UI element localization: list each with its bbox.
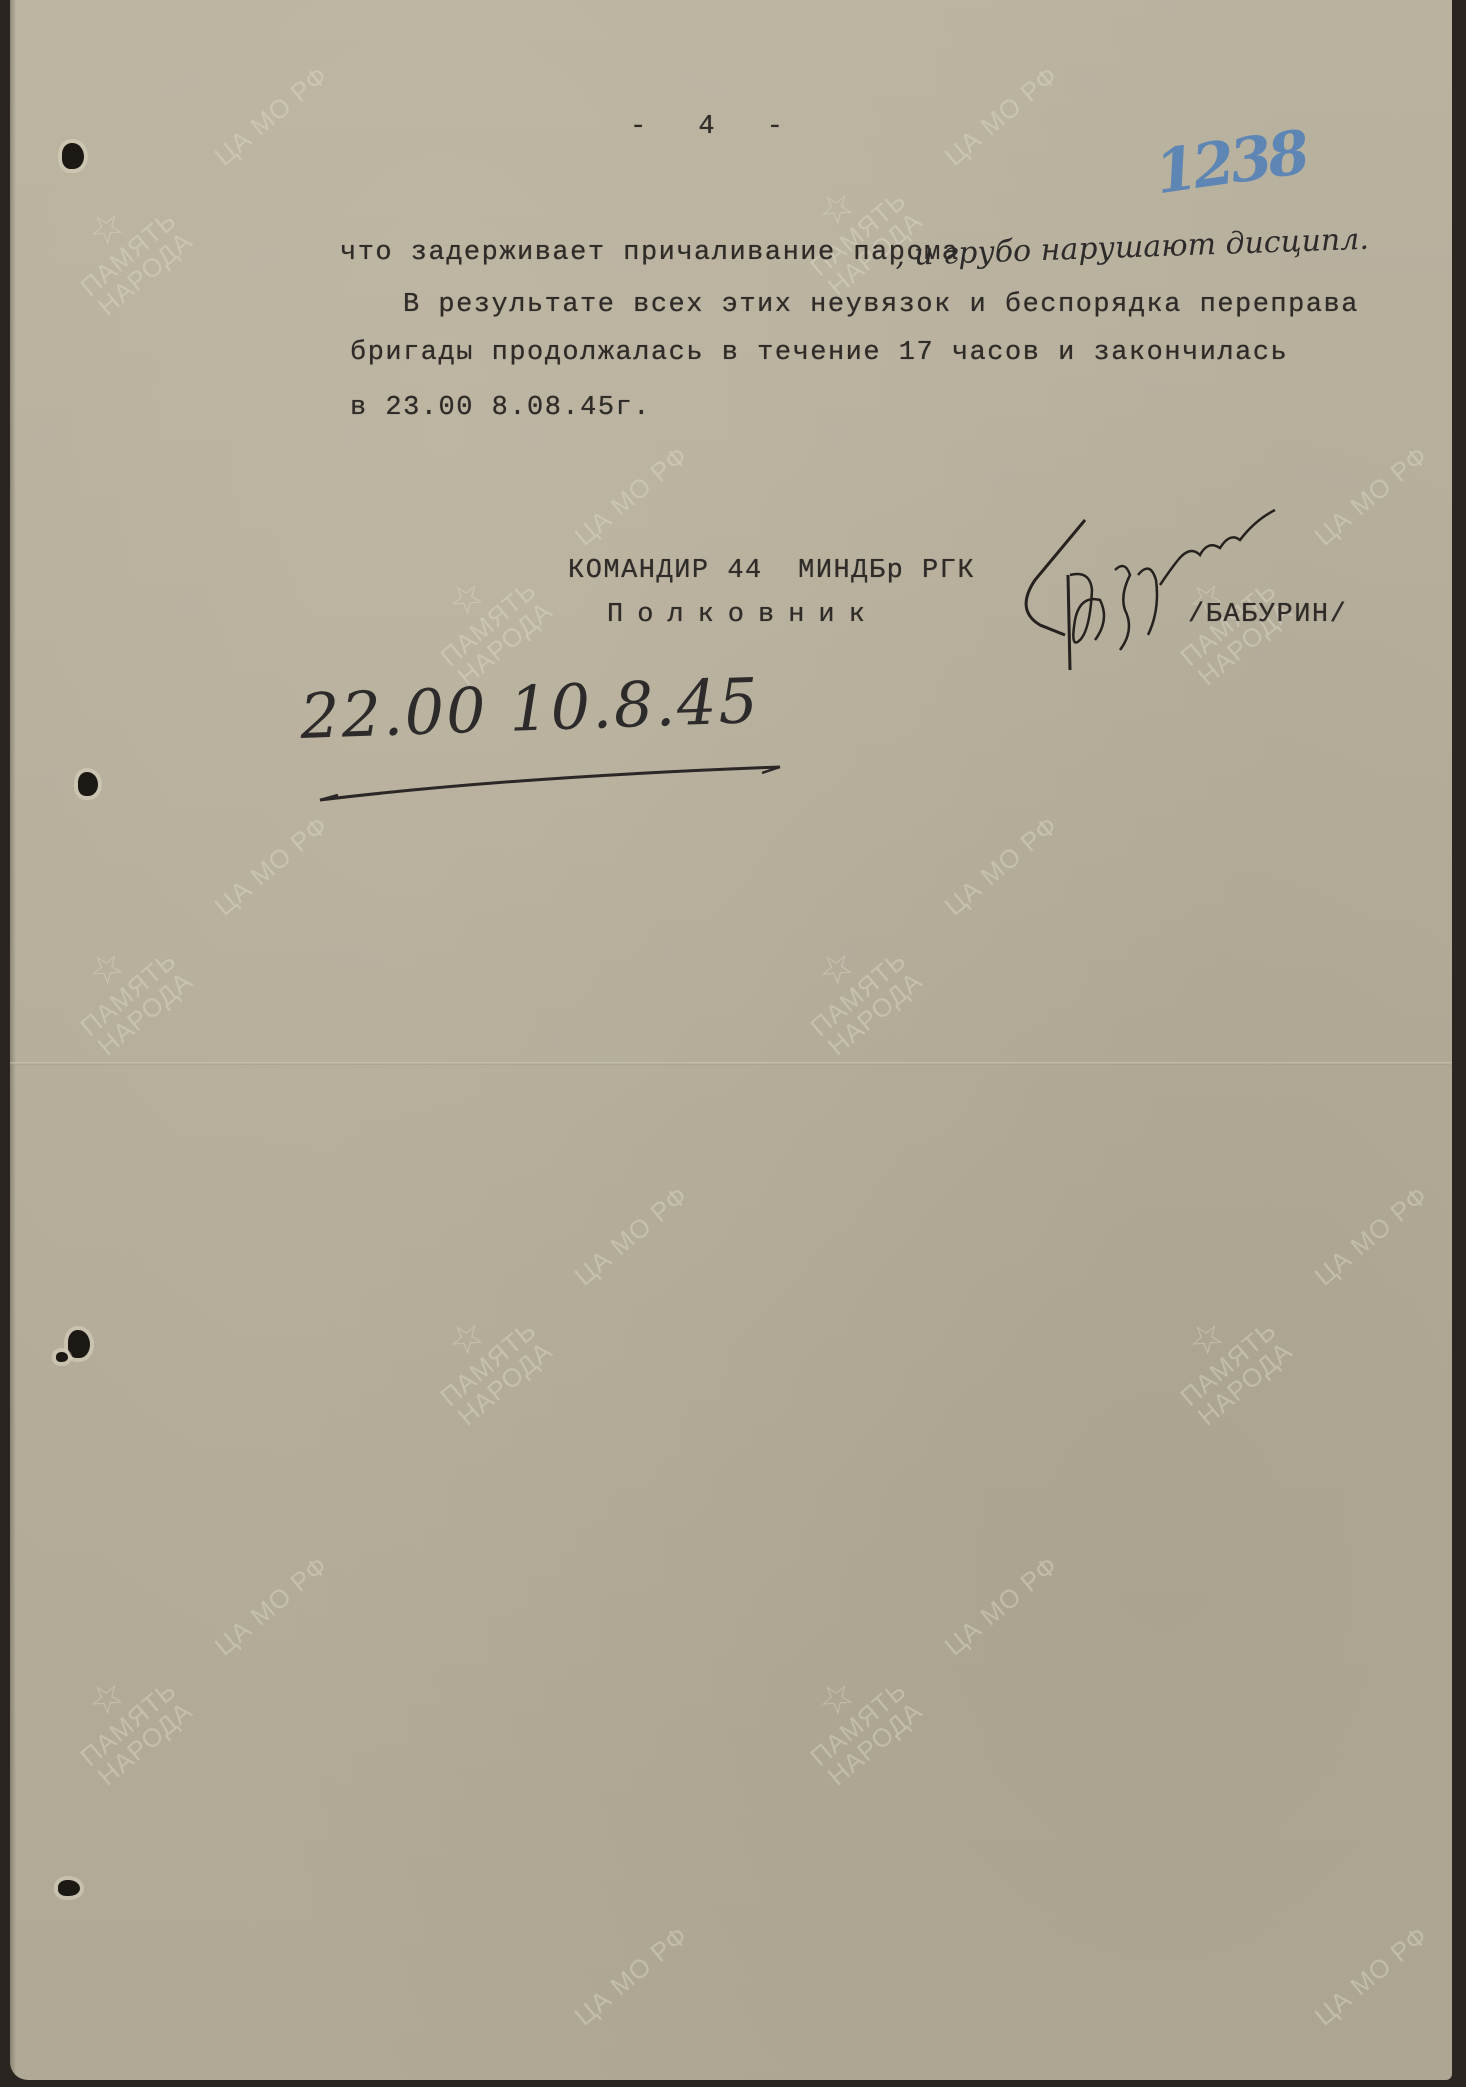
archive-folio-number: 1238: [1151, 118, 1310, 208]
paragraph-line-2: В результате всех этих неувязок и беспор…: [403, 290, 1359, 320]
paragraph-line-4: в 23.00 8.08.45г.: [350, 393, 651, 423]
punch-hole: [58, 1880, 80, 1896]
watermark-archive: ЦА МО РФ: [570, 441, 692, 549]
punch-hole: [56, 1352, 68, 1362]
watermark-archive: ЦА МО РФ: [570, 1181, 692, 1289]
watermark-pamyat-naroda: ☆ПАМЯТЬНАРОДА: [410, 1286, 558, 1431]
watermark-pamyat-naroda: ☆ПАМЯТЬНАРОДА: [50, 916, 198, 1061]
watermark-archive: ЦА МО РФ: [210, 61, 332, 169]
watermark-archive: ЦА МО РФ: [570, 1921, 692, 2029]
watermark-archive: ЦА МО РФ: [210, 811, 332, 919]
watermark-archive: ЦА МО РФ: [1310, 1181, 1432, 1289]
document-page: ☆ПАМЯТЬНАРОДА ЦА МО РФ ЦА МО РФ ☆ПАМЯТЬН…: [10, 0, 1452, 2080]
watermark-pamyat-naroda: ☆ПАМЯТЬНАРОДА: [780, 916, 928, 1061]
watermark-archive: ЦА МО РФ: [940, 811, 1062, 919]
handwritten-insert: , и грубо нарушают дисципл.: [895, 222, 1370, 274]
watermark-pamyat-naroda: ☆ПАМЯТЬНАРОДА: [780, 156, 928, 301]
punch-hole: [78, 772, 98, 796]
watermark-archive: ЦА МО РФ: [940, 61, 1062, 169]
watermark-pamyat-naroda: ☆ПАМЯТЬНАРОДА: [780, 1646, 928, 1791]
watermark-archive: ЦА МО РФ: [210, 1551, 332, 1659]
signature-icon: [920, 500, 1300, 680]
punch-hole: [62, 143, 84, 169]
paragraph-line-3: бригады продолжалась в течение 17 часов …: [350, 338, 1288, 368]
rank: Полковник: [607, 600, 879, 630]
commander-title: КОМАНДИР 44 МИНДБр РГК: [568, 556, 975, 586]
watermark-pamyat-naroda: ☆ПАМЯТЬНАРОДА: [50, 1646, 198, 1791]
paper-fold-line: [10, 1062, 1452, 1065]
page-number: - 4 -: [630, 112, 801, 142]
watermark-archive: ЦА МО РФ: [940, 1551, 1062, 1659]
watermark-archive: ЦА МО РФ: [1310, 1921, 1432, 2029]
date-underline: [310, 755, 810, 815]
watermark-pamyat-naroda: ☆ПАМЯТЬНАРОДА: [50, 176, 198, 321]
watermark-archive: ЦА МО РФ: [1310, 441, 1432, 549]
punch-hole: [68, 1330, 90, 1358]
paragraph-line-1: что задерживает причаливание парома: [340, 238, 960, 268]
watermark-pamyat-naroda: ☆ПАМЯТЬНАРОДА: [410, 546, 558, 691]
watermark-pamyat-naroda: ☆ПАМЯТЬНАРОДА: [1150, 1286, 1298, 1431]
handwritten-date: 22.00 10.8.45: [299, 664, 761, 753]
page-edge-shadow: [10, 0, 16, 2080]
